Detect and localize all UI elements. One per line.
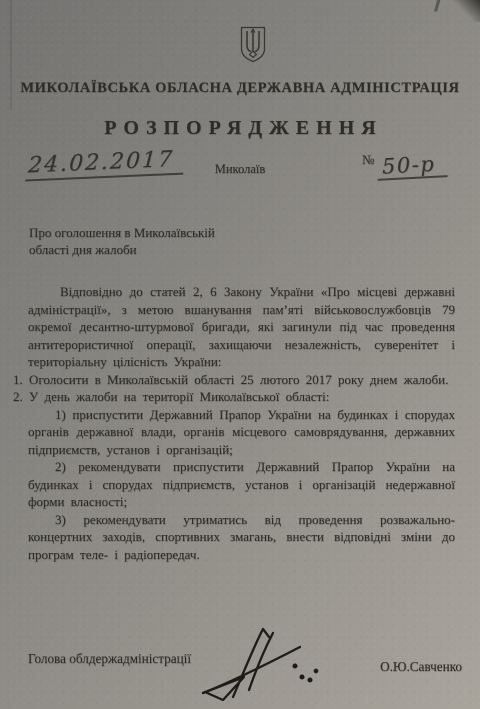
signer-name: О.Ю.Савченко xyxy=(380,659,462,675)
handwritten-number: 50-р xyxy=(377,151,449,181)
document-body: Відповідно до статей 2, 6 Закону України… xyxy=(28,283,455,563)
signer-position-title: Голова облдержадміністрації xyxy=(28,651,191,667)
document-type-title: РОЗПОРЯДЖЕННЯ xyxy=(0,117,480,140)
scan-corner-artifact xyxy=(450,0,480,22)
preamble-paragraph: Відповідно до статей 2, 6 Закону України… xyxy=(28,283,455,371)
order-subitem-1: 1) приспустити Державний Прапор України … xyxy=(28,406,455,459)
order-item-1: 1. Оголосити в Миколаївській області 25 … xyxy=(28,371,455,389)
number-sign: № xyxy=(362,152,374,167)
order-subitem-3: 3) рекомендувати утриматись від проведен… xyxy=(28,511,455,564)
document-subject: Про оголошення в Миколаївській області д… xyxy=(29,224,289,258)
order-item-2: 2. У день жалоби на території Миколаївсь… xyxy=(28,388,455,406)
scanned-document-page: МИКОЛАЇВСЬКА ОБЛАСНА ДЕРЖАВНА АДМІНІСТРА… xyxy=(0,0,480,709)
order-subitem-2: 2) рекомендувати приспустити Державний П… xyxy=(28,458,455,511)
document-number: №50-р xyxy=(362,152,448,179)
organization-name: МИКОЛАЇВСЬКА ОБЛАСНА ДЕРЖАВНА АДМІНІСТРА… xyxy=(0,80,480,97)
scan-edge-mark xyxy=(434,0,441,12)
ukrainian-trident-emblem-icon xyxy=(240,26,266,63)
handwritten-signature-icon xyxy=(196,620,326,706)
